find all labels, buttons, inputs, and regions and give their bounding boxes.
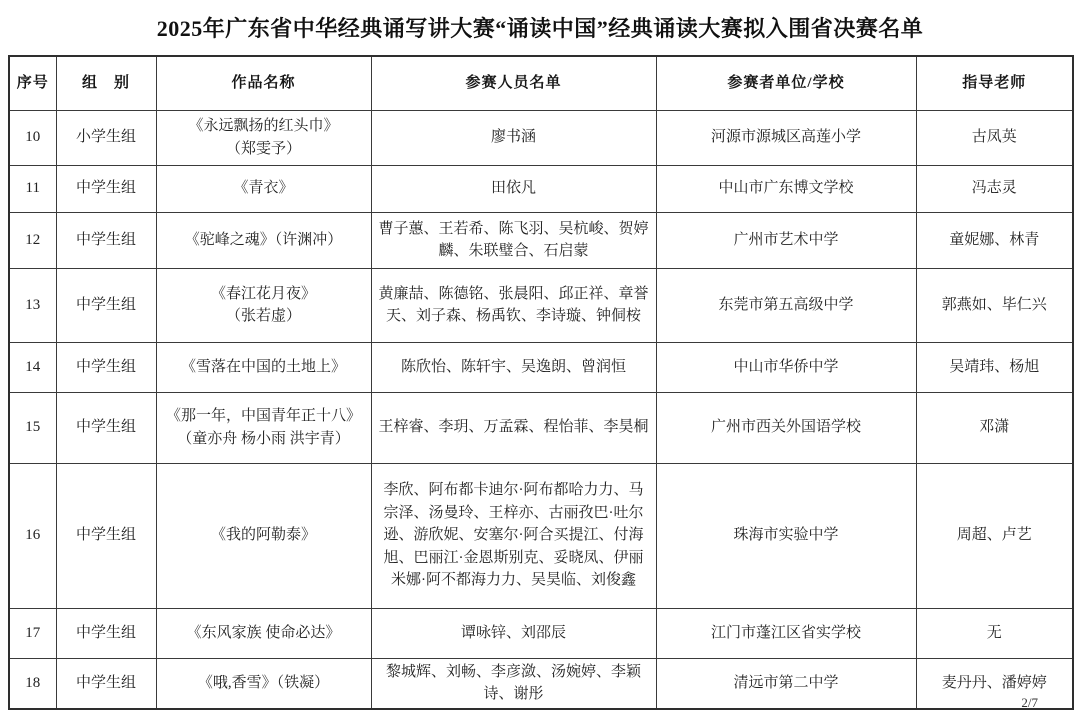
cell-work: 《春江花月夜》 （张若虚） [156, 268, 371, 342]
header-group: 组 别 [56, 56, 156, 110]
cell-teacher: 无 [916, 608, 1073, 658]
header-participants: 参赛人员名单 [371, 56, 656, 110]
cell-group: 中学生组 [56, 658, 156, 709]
cell-school: 广州市西关外国语学校 [656, 392, 916, 463]
table-row: 12 中学生组 《驼峰之魂》（许渊冲） 曹子蕙、王若希、陈飞羽、吴杭峻、贺婷麟、… [9, 212, 1073, 268]
cell-participants: 李欣、阿布都卡迪尔·阿布都哈力力、马宗泽、汤曼玲、王梓亦、古丽孜巴·吐尔逊、游欣… [371, 463, 656, 608]
cell-work: 《驼峰之魂》（许渊冲） [156, 212, 371, 268]
cell-work: 《那一年，中国青年正十八》 （童亦舟 杨小雨 洪宇青） [156, 392, 371, 463]
table-row: 16 中学生组 《我的阿勒泰》 李欣、阿布都卡迪尔·阿布都哈力力、马宗泽、汤曼玲… [9, 463, 1073, 608]
page-number: 2/7 [1021, 695, 1038, 711]
cell-participants: 王梓睿、李玥、万孟霖、程怡菲、李昊桐 [371, 392, 656, 463]
cell-teacher: 邓潇 [916, 392, 1073, 463]
cell-participants: 黄廉喆、陈德铭、张晨阳、邱正祥、章誉天、刘子森、杨禹钦、李诗璇、钟侗桉 [371, 268, 656, 342]
cell-no: 13 [9, 268, 56, 342]
cell-teacher: 古凤英 [916, 110, 1073, 165]
cell-school: 清远市第二中学 [656, 658, 916, 709]
header-teacher: 指导老师 [916, 56, 1073, 110]
cell-no: 14 [9, 342, 56, 392]
cell-school: 中山市广东博文学校 [656, 165, 916, 212]
cell-participants: 陈欣怡、陈轩宇、吴逸朗、曾润恒 [371, 342, 656, 392]
cell-work: 《青衣》 [156, 165, 371, 212]
cell-work: 《我的阿勒泰》 [156, 463, 371, 608]
cell-teacher: 吴靖玮、杨旭 [916, 342, 1073, 392]
cell-group: 中学生组 [56, 392, 156, 463]
cell-school: 东莞市第五高级中学 [656, 268, 916, 342]
cell-school: 广州市艺术中学 [656, 212, 916, 268]
cell-teacher: 周超、卢艺 [916, 463, 1073, 608]
header-school: 参赛者单位/学校 [656, 56, 916, 110]
table-row: 11 中学生组 《青衣》 田依凡 中山市广东博文学校 冯志灵 [9, 165, 1073, 212]
cell-no: 17 [9, 608, 56, 658]
page-title: 2025年广东省中华经典诵写讲大赛“诵读中国”经典诵读大赛拟入围省决赛名单 [0, 0, 1080, 43]
cell-participants: 田依凡 [371, 165, 656, 212]
cell-group: 小学生组 [56, 110, 156, 165]
cell-teacher: 童妮娜、林青 [916, 212, 1073, 268]
cell-school: 河源市源城区高莲小学 [656, 110, 916, 165]
table-row: 10 小学生组 《永远飘扬的红头巾》 （郑雯予） 廖书涵 河源市源城区高莲小学 … [9, 110, 1073, 165]
cell-group: 中学生组 [56, 165, 156, 212]
cell-school: 江门市蓬江区省实学校 [656, 608, 916, 658]
cell-participants: 黎城辉、刘畅、李彦潋、汤婉婷、李颖诗、谢彤 [371, 658, 656, 709]
table-row: 18 中学生组 《哦,香雪》（铁凝） 黎城辉、刘畅、李彦潋、汤婉婷、李颖诗、谢彤… [9, 658, 1073, 709]
header-work: 作品名称 [156, 56, 371, 110]
cell-school: 珠海市实验中学 [656, 463, 916, 608]
cell-no: 10 [9, 110, 56, 165]
cell-work: 《哦,香雪》（铁凝） [156, 658, 371, 709]
cell-work: 《东风家族 使命必达》 [156, 608, 371, 658]
cell-group: 中学生组 [56, 268, 156, 342]
table-row: 14 中学生组 《雪落在中国的土地上》 陈欣怡、陈轩宇、吴逸朗、曾润恒 中山市华… [9, 342, 1073, 392]
cell-participants: 廖书涵 [371, 110, 656, 165]
table-row: 13 中学生组 《春江花月夜》 （张若虚） 黄廉喆、陈德铭、张晨阳、邱正祥、章誉… [9, 268, 1073, 342]
cell-group: 中学生组 [56, 463, 156, 608]
table-row: 17 中学生组 《东风家族 使命必达》 谭咏锌、刘邵辰 江门市蓬江区省实学校 无 [9, 608, 1073, 658]
cell-teacher: 冯志灵 [916, 165, 1073, 212]
cell-participants: 谭咏锌、刘邵辰 [371, 608, 656, 658]
cell-group: 中学生组 [56, 608, 156, 658]
cell-no: 11 [9, 165, 56, 212]
cell-no: 15 [9, 392, 56, 463]
cell-teacher: 麦丹丹、潘婷婷 [916, 658, 1073, 709]
table-header-row: 序号 组 别 作品名称 参赛人员名单 参赛者单位/学校 指导老师 [9, 56, 1073, 110]
cell-teacher: 郭燕如、毕仁兴 [916, 268, 1073, 342]
cell-work: 《永远飘扬的红头巾》 （郑雯予） [156, 110, 371, 165]
cell-group: 中学生组 [56, 212, 156, 268]
cell-work: 《雪落在中国的土地上》 [156, 342, 371, 392]
cell-no: 12 [9, 212, 56, 268]
cell-no: 16 [9, 463, 56, 608]
header-no: 序号 [9, 56, 56, 110]
cell-participants: 曹子蕙、王若希、陈飞羽、吴杭峻、贺婷麟、朱联璧合、石启蒙 [371, 212, 656, 268]
finalists-table: 序号 组 别 作品名称 参赛人员名单 参赛者单位/学校 指导老师 10 小学生组… [8, 55, 1074, 710]
cell-group: 中学生组 [56, 342, 156, 392]
table-row: 15 中学生组 《那一年，中国青年正十八》 （童亦舟 杨小雨 洪宇青） 王梓睿、… [9, 392, 1073, 463]
cell-no: 18 [9, 658, 56, 709]
cell-school: 中山市华侨中学 [656, 342, 916, 392]
